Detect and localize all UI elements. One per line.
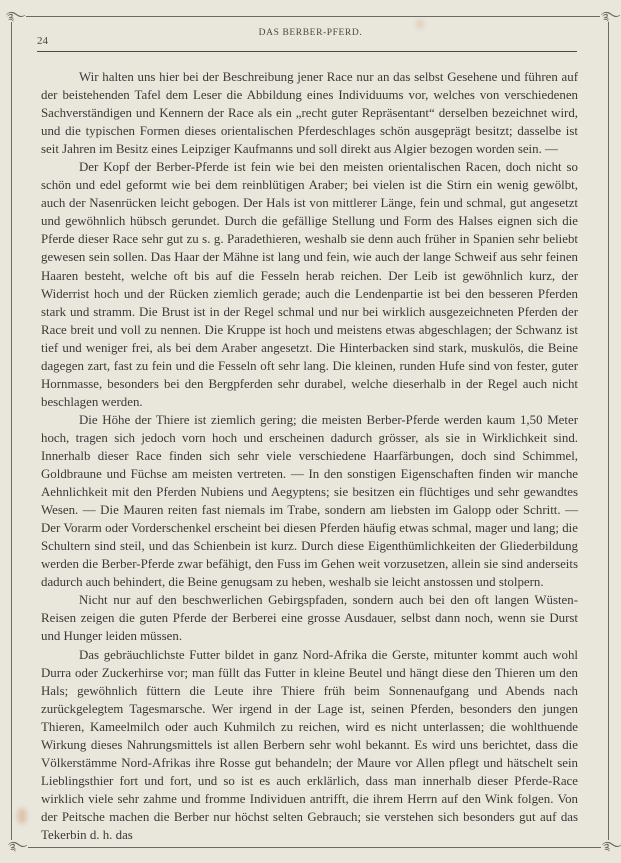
paragraph: Der Kopf der Berber-Pferde ist fein wie …	[41, 158, 578, 411]
corner-ornament-top-right-icon: ࿐	[600, 10, 621, 22]
book-page: ࿐ ࿐ ࿐ ࿐ 24 DAS BERBER-PFERD. Wir halten …	[0, 0, 621, 863]
corner-ornament-top-left-icon: ࿐	[5, 10, 26, 22]
paragraph: Nicht nur auf den beschwerlichen Gebirgs…	[41, 591, 578, 645]
paragraph: Die Höhe der Thiere ist ziemlich gering;…	[41, 411, 578, 591]
header-rule	[37, 51, 577, 52]
paragraph: Das gebräuchlichste Futter bildet in gan…	[41, 646, 578, 845]
body-text: Wir halten uns hier bei der Beschreibung…	[41, 68, 578, 844]
paper-stain	[17, 808, 27, 824]
running-title: DAS BERBER-PFERD.	[0, 28, 621, 38]
paragraph: Wir halten uns hier bei der Beschreibung…	[41, 68, 578, 158]
corner-ornament-bottom-right-icon: ࿐	[601, 840, 621, 852]
corner-ornament-bottom-left-icon: ࿐	[7, 840, 28, 852]
